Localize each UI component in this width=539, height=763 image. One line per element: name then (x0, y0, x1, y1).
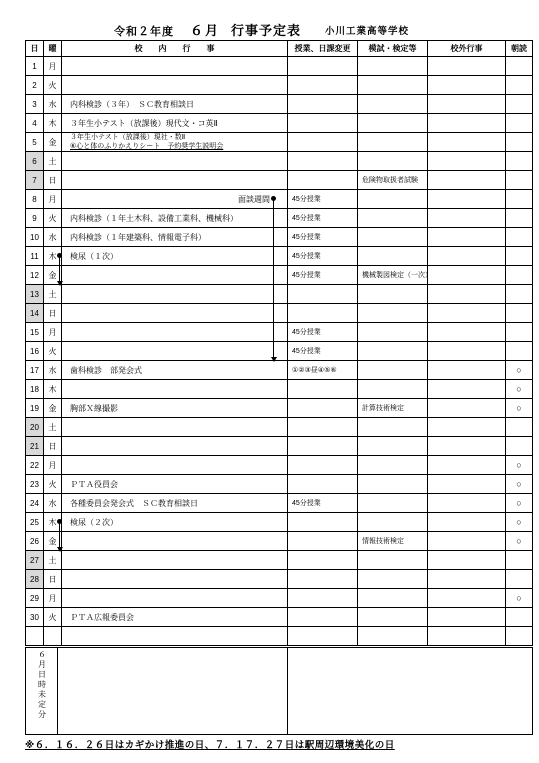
day-cell: 4 (26, 114, 44, 133)
col-header-outside-events: 校外行事 (428, 41, 506, 57)
morning-reading-cell: ○ (506, 513, 533, 532)
table-row: 18木○ (26, 380, 533, 399)
weekday-cell: 日 (44, 437, 62, 456)
header-row: 日 曜 校 内 行 事 授業、日課変更 模試・検定等 校外行事 朝読 (26, 41, 533, 57)
exam-cell (358, 437, 428, 456)
undecided-right-cell (288, 648, 533, 735)
outside-event-cell (428, 418, 506, 437)
day-cell: 13 (26, 285, 44, 304)
weekday-cell: 土 (44, 152, 62, 171)
events-cell (62, 342, 288, 361)
morning-reading-cell (506, 608, 533, 627)
weekday-cell: 日 (44, 171, 62, 190)
table-row: 2火 (26, 76, 533, 95)
table-row: 22月○ (26, 456, 533, 475)
exam-cell (358, 551, 428, 570)
morning-reading-cell (506, 304, 533, 323)
events-cell (62, 380, 288, 399)
outside-event-cell (428, 152, 506, 171)
outside-event-cell (428, 627, 506, 646)
col-header-class-changes: 授業、日課変更 (288, 41, 358, 57)
outside-event-cell (428, 171, 506, 190)
exam-cell (358, 95, 428, 114)
exam-cell: 危険物取扱者試験 (358, 171, 428, 190)
class-change-cell (288, 456, 358, 475)
day-cell: 5 (26, 133, 44, 152)
exam-cell (358, 513, 428, 532)
table-row: 29月○ (26, 589, 533, 608)
class-change-cell: ①②③昼④⑤⑥ (288, 361, 358, 380)
exam-cell (358, 342, 428, 361)
undecided-left-cell (58, 648, 288, 735)
outside-event-cell (428, 589, 506, 608)
class-change-cell (288, 589, 358, 608)
outside-event-cell (428, 475, 506, 494)
page-title: 行事予定表 (231, 20, 301, 39)
weekday-cell: 日 (44, 570, 62, 589)
morning-reading-cell (506, 342, 533, 361)
weekday-cell: 金 (44, 266, 62, 285)
outside-event-cell (428, 228, 506, 247)
day-cell: 3 (26, 95, 44, 114)
day-cell: 21 (26, 437, 44, 456)
table-row: 5金３年生小テスト（放課後）現社・数Ⅱ⑥心と体のふりかえりシート 予約奨学生説明… (26, 133, 533, 152)
events-cell (62, 551, 288, 570)
events-cell (62, 570, 288, 589)
events-cell: 内科検診（３年） ＳＣ教育相談日 (62, 95, 288, 114)
table-row: 21日 (26, 437, 533, 456)
events-cell (62, 304, 288, 323)
morning-reading-cell (506, 551, 533, 570)
morning-reading-cell (506, 190, 533, 209)
table-row: 9火内科検診（１年土木科、設備工業科、機械科）45分授業 (26, 209, 533, 228)
weekday-cell (44, 627, 62, 646)
class-change-cell (288, 418, 358, 437)
table-row: 20土 (26, 418, 533, 437)
exam-cell (358, 570, 428, 589)
events-cell: 内科検診（１年建築科、情報電子科） (62, 228, 288, 247)
outside-event-cell (428, 608, 506, 627)
events-cell: ＰＴＡ広報委員会 (62, 608, 288, 627)
outside-event-cell (428, 380, 506, 399)
outside-event-cell (428, 570, 506, 589)
outside-event-cell (428, 399, 506, 418)
exam-cell (358, 57, 428, 76)
table-row: 3水内科検診（３年） ＳＣ教育相談日 (26, 95, 533, 114)
class-change-cell (288, 570, 358, 589)
events-cell (62, 152, 288, 171)
events-cell (62, 532, 288, 551)
class-change-cell (288, 551, 358, 570)
events-cell: 検尿（１次） (62, 247, 288, 266)
table-row: 17水歯科検診 部発会式①②③昼④⑤⑥○ (26, 361, 533, 380)
day-cell: 26 (26, 532, 44, 551)
day-cell: 17 (26, 361, 44, 380)
exam-cell (358, 456, 428, 475)
footnote: ※６．１６．２６日はカギかけ推進の日、７．１７．２７日は駅周辺環境美化の日 (25, 737, 395, 751)
weekday-cell: 木 (44, 380, 62, 399)
outside-event-cell (428, 114, 506, 133)
outside-event-cell (428, 266, 506, 285)
class-change-cell: 45分授業 (288, 228, 358, 247)
morning-reading-cell: ○ (506, 456, 533, 475)
class-change-cell: 45分授業 (288, 247, 358, 266)
weekday-cell: 土 (44, 551, 62, 570)
day-cell: 27 (26, 551, 44, 570)
table-row: 19金胸部Ｘ線撮影計算技術検定○ (26, 399, 533, 418)
weekday-cell: 月 (44, 323, 62, 342)
morning-reading-cell (506, 171, 533, 190)
morning-reading-cell (506, 76, 533, 95)
undecided-label: ６月日時未定分 (37, 650, 47, 720)
class-change-cell: 45分授業 (288, 209, 358, 228)
table-row: 4木３年生小テスト（放課後）現代文・コ英Ⅱ (26, 114, 533, 133)
morning-reading-cell (506, 133, 533, 152)
events-cell (62, 627, 288, 646)
outside-event-cell (428, 304, 506, 323)
class-change-cell (288, 513, 358, 532)
outside-event-cell (428, 133, 506, 152)
morning-reading-cell (506, 209, 533, 228)
exam-cell (358, 304, 428, 323)
undecided-row: ６月日時未定分 (26, 648, 533, 735)
day-cell: 2 (26, 76, 44, 95)
morning-reading-cell (506, 285, 533, 304)
schedule-table: 日 曜 校 内 行 事 授業、日課変更 模試・検定等 校外行事 朝読 1月2火3… (25, 40, 533, 646)
outside-event-cell (428, 323, 506, 342)
outside-event-cell (428, 95, 506, 114)
weekday-cell: 火 (44, 342, 62, 361)
col-header-exams: 模試・検定等 (358, 41, 428, 57)
table-row: 10水内科検診（１年建築科、情報電子科）45分授業 (26, 228, 533, 247)
day-cell: 10 (26, 228, 44, 247)
class-change-cell (288, 171, 358, 190)
weekday-cell: 金 (44, 532, 62, 551)
class-change-cell (288, 399, 358, 418)
col-header-day: 日 (26, 41, 44, 57)
exam-cell (358, 247, 428, 266)
fiscal-year-label: 令和２年度 (114, 23, 174, 39)
events-cell (62, 456, 288, 475)
day-cell: 24 (26, 494, 44, 513)
events-cell: 各種委員会発会式 ＳＣ教育相談日 (62, 494, 288, 513)
weekday-cell: 火 (44, 475, 62, 494)
day-cell: 16 (26, 342, 44, 361)
morning-reading-cell: ○ (506, 494, 533, 513)
weekday-cell: 金 (44, 133, 62, 152)
weekday-cell: 金 (44, 399, 62, 418)
class-change-cell (288, 152, 358, 171)
outside-event-cell (428, 342, 506, 361)
weekday-cell: 土 (44, 285, 62, 304)
day-cell: 18 (26, 380, 44, 399)
class-change-cell (288, 437, 358, 456)
events-cell (62, 437, 288, 456)
table-row: 14日 (26, 304, 533, 323)
day-cell: 7 (26, 171, 44, 190)
outside-event-cell (428, 532, 506, 551)
day-cell: 8 (26, 190, 44, 209)
day-cell: 12 (26, 266, 44, 285)
table-row: 11木検尿（１次）45分授業 (26, 247, 533, 266)
table-row: 23火ＰＴＡ役員会○ (26, 475, 533, 494)
outside-event-cell (428, 190, 506, 209)
class-change-cell (288, 532, 358, 551)
class-change-cell (288, 380, 358, 399)
day-cell: 19 (26, 399, 44, 418)
class-change-cell: 45分授業 (288, 190, 358, 209)
outside-event-cell (428, 513, 506, 532)
day-cell: 9 (26, 209, 44, 228)
table-row: 24水各種委員会発会式 ＳＣ教育相談日45分授業○ (26, 494, 533, 513)
table-row: 30火ＰＴＡ広報委員会 (26, 608, 533, 627)
exam-cell (358, 285, 428, 304)
events-cell: 内科検診（１年土木科、設備工業科、機械科） (62, 209, 288, 228)
class-change-cell (288, 285, 358, 304)
day-cell: 30 (26, 608, 44, 627)
day-cell: 29 (26, 589, 44, 608)
day-cell: 1 (26, 57, 44, 76)
day-cell: 11 (26, 247, 44, 266)
weekday-cell: 月 (44, 57, 62, 76)
class-change-cell: 45分授業 (288, 266, 358, 285)
schedule-table-container: 日 曜 校 内 行 事 授業、日課変更 模試・検定等 校外行事 朝読 1月2火3… (25, 40, 532, 735)
outside-event-cell (428, 57, 506, 76)
outside-event-cell (428, 285, 506, 304)
class-change-cell (288, 57, 358, 76)
morning-reading-cell (506, 228, 533, 247)
weekday-cell: 水 (44, 494, 62, 513)
weekday-cell: 月 (44, 589, 62, 608)
day-cell: 25 (26, 513, 44, 532)
morning-reading-cell (506, 570, 533, 589)
exam-cell (358, 380, 428, 399)
outside-event-cell (428, 76, 506, 95)
weekday-cell: 木 (44, 114, 62, 133)
events-cell: 検尿（２次） (62, 513, 288, 532)
events-cell (62, 266, 288, 285)
table-row: 25木検尿（２次）○ (26, 513, 533, 532)
col-header-morning-reading: 朝読 (506, 41, 533, 57)
weekday-cell: 水 (44, 95, 62, 114)
exam-cell (358, 114, 428, 133)
morning-reading-cell (506, 266, 533, 285)
class-change-cell (288, 627, 358, 646)
class-change-cell (288, 304, 358, 323)
class-change-cell (288, 475, 358, 494)
undecided-section: ６月日時未定分 (25, 647, 533, 735)
exam-cell: 情報技術検定 (358, 532, 428, 551)
morning-reading-cell: ○ (506, 589, 533, 608)
morning-reading-cell: ○ (506, 532, 533, 551)
morning-reading-cell: ○ (506, 399, 533, 418)
table-row: 28日 (26, 570, 533, 589)
events-cell (62, 323, 288, 342)
schedule-body: 1月2火3水内科検診（３年） ＳＣ教育相談日4木３年生小テスト（放課後）現代文・… (26, 57, 533, 646)
events-cell (62, 76, 288, 95)
exam-cell (358, 228, 428, 247)
weekday-cell: 水 (44, 228, 62, 247)
events-cell: ３年生小テスト（放課後）現代文・コ英Ⅱ (62, 114, 288, 133)
class-change-cell: 45分授業 (288, 342, 358, 361)
day-cell: 6 (26, 152, 44, 171)
outside-event-cell (428, 551, 506, 570)
table-row: 12金45分授業機械製図検定（一次） (26, 266, 533, 285)
outside-event-cell (428, 494, 506, 513)
table-row: 27土 (26, 551, 533, 570)
events-cell (62, 171, 288, 190)
events-cell (62, 57, 288, 76)
morning-reading-cell (506, 114, 533, 133)
morning-reading-cell (506, 323, 533, 342)
exam-cell (358, 475, 428, 494)
weekday-cell: 火 (44, 209, 62, 228)
weekday-cell: 土 (44, 418, 62, 437)
morning-reading-cell: ○ (506, 475, 533, 494)
events-cell (62, 285, 288, 304)
exam-cell (358, 76, 428, 95)
day-cell: 14 (26, 304, 44, 323)
events-cell (62, 418, 288, 437)
day-cell (26, 627, 44, 646)
events-cell: ＰＴＡ役員会 (62, 475, 288, 494)
undecided-label-cell: ６月日時未定分 (26, 648, 58, 735)
col-header-weekday: 曜 (44, 41, 62, 57)
outside-event-cell (428, 247, 506, 266)
morning-reading-cell (506, 418, 533, 437)
class-change-cell: 45分授業 (288, 494, 358, 513)
outside-event-cell (428, 437, 506, 456)
day-cell: 28 (26, 570, 44, 589)
weekday-cell: 火 (44, 76, 62, 95)
events-cell: 胸部Ｘ線撮影 (62, 399, 288, 418)
morning-reading-cell (506, 57, 533, 76)
table-row: 16火45分授業 (26, 342, 533, 361)
morning-reading-cell (506, 627, 533, 646)
events-cell: 歯科検診 部発会式 (62, 361, 288, 380)
table-row: 1月 (26, 57, 533, 76)
class-change-cell (288, 76, 358, 95)
class-change-cell (288, 95, 358, 114)
weekday-cell: 月 (44, 190, 62, 209)
month-label: ６月 (177, 20, 233, 41)
outside-event-cell (428, 361, 506, 380)
class-change-cell (288, 133, 358, 152)
exam-cell (358, 361, 428, 380)
school-name: 小川工業高等学校 (325, 23, 409, 37)
table-row: 26金情報技術検定○ (26, 532, 533, 551)
exam-cell (358, 209, 428, 228)
weekday-cell: 木 (44, 513, 62, 532)
table-row (26, 627, 533, 646)
events-cell: ３年生小テスト（放課後）現社・数Ⅱ⑥心と体のふりかえりシート 予約奨学生説明会 (62, 133, 288, 152)
table-row: 7日危険物取扱者試験 (26, 171, 533, 190)
outside-event-cell (428, 209, 506, 228)
weekday-cell: 木 (44, 247, 62, 266)
day-cell: 20 (26, 418, 44, 437)
morning-reading-cell: ○ (506, 361, 533, 380)
exam-cell (358, 589, 428, 608)
exam-cell (358, 627, 428, 646)
exam-cell: 機械製図検定（一次） (358, 266, 428, 285)
exam-cell (358, 418, 428, 437)
day-cell: 23 (26, 475, 44, 494)
class-change-cell (288, 114, 358, 133)
exam-cell: 計算技術検定 (358, 399, 428, 418)
exam-cell (358, 133, 428, 152)
morning-reading-cell (506, 247, 533, 266)
exam-cell (358, 323, 428, 342)
table-row: 6土 (26, 152, 533, 171)
weekday-cell: 火 (44, 608, 62, 627)
class-change-cell: 45分授業 (288, 323, 358, 342)
table-row: 8月面談週間45分授業 (26, 190, 533, 209)
col-header-school-events: 校 内 行 事 (62, 41, 288, 57)
events-cell: 面談週間 (62, 190, 288, 209)
exam-cell (358, 608, 428, 627)
day-cell: 22 (26, 456, 44, 475)
morning-reading-cell: ○ (506, 380, 533, 399)
morning-reading-cell (506, 95, 533, 114)
morning-reading-cell (506, 437, 533, 456)
exam-cell (358, 152, 428, 171)
weekday-cell: 日 (44, 304, 62, 323)
outside-event-cell (428, 456, 506, 475)
weekday-cell: 月 (44, 456, 62, 475)
table-row: 15月45分授業 (26, 323, 533, 342)
table-row: 13土 (26, 285, 533, 304)
exam-cell (358, 190, 428, 209)
day-cell: 15 (26, 323, 44, 342)
class-change-cell (288, 608, 358, 627)
events-cell (62, 589, 288, 608)
morning-reading-cell (506, 152, 533, 171)
weekday-cell: 水 (44, 361, 62, 380)
exam-cell (358, 494, 428, 513)
